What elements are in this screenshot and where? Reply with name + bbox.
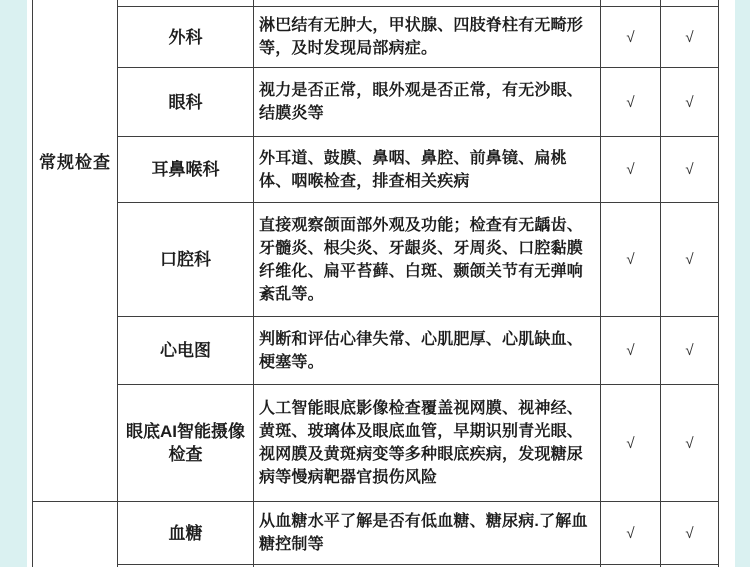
description-cell-ophthalmology: 视力是否正常，眼外观是否正常，有无沙眼、结膜炎等 — [254, 68, 601, 137]
description-cell-dental: 直接观察颌面部外观及功能；检查有无龋齿、牙髓炎、根尖炎、牙龈炎、牙周炎、口腔黏膜… — [254, 203, 601, 317]
checkmark-cell: √ — [661, 502, 719, 565]
description-cell-surgery: 淋巴结有无肿大，甲状腺、四肢脊柱有无畸形等，及时发现局部病症。 — [254, 7, 601, 68]
exam-items-table: 常规检查 外科 淋巴结有无肿大，甲状腺、四肢脊柱有无畸形等，及时发现局部病症。 … — [32, 0, 718, 567]
item-cell-ophthalmology: 眼科 — [118, 68, 254, 137]
category-label: 常规检查 — [39, 148, 111, 173]
checkmark-cell: √ — [661, 68, 719, 137]
partial-top-check-cell-2 — [661, 0, 719, 7]
page-background-strip-right — [735, 0, 750, 567]
checkmark-cell: √ — [661, 317, 719, 385]
description-cell-ecg: 判断和评估心律失常、心肌肥厚、心肌缺血、梗塞等。 — [254, 317, 601, 385]
checkmark-cell: √ — [661, 385, 719, 502]
partial-top-description-cell — [254, 0, 601, 7]
checkmark-cell: √ — [601, 7, 661, 68]
description-cell-ent: 外耳道、鼓膜、鼻咽、鼻腔、前鼻镜、扁桃体、咽喉检查，排查相关疾病 — [254, 137, 601, 203]
item-cell-surgery: 外科 — [118, 7, 254, 68]
item-cell-ai-fundus-camera: 眼底AI智能摄像检查 — [118, 385, 254, 502]
item-cell-ecg: 心电图 — [118, 317, 254, 385]
partial-top-check-cell-1 — [601, 0, 661, 7]
checkmark-cell: √ — [601, 317, 661, 385]
item-cell-ent: 耳鼻喉科 — [118, 137, 254, 203]
checkmark-cell: √ — [661, 137, 719, 203]
item-cell-dental: 口腔科 — [118, 203, 254, 317]
page-background-strip-left — [0, 0, 27, 567]
category-cell-next-group — [33, 502, 118, 567]
checkmark-cell: √ — [601, 137, 661, 203]
checkmark-cell: √ — [601, 203, 661, 317]
page: 常规检查 外科 淋巴结有无肿大，甲状腺、四肢脊柱有无畸形等，及时发现局部病症。 … — [0, 0, 750, 567]
description-cell-ai-fundus-camera: 人工智能眼底影像检查覆盖视网膜、视神经、黄斑、玻璃体及眼底血管，早期识别青光眼、… — [254, 385, 601, 502]
partial-top-item-cell — [118, 0, 254, 7]
checkmark-cell: √ — [601, 502, 661, 565]
description-cell-blood-glucose: 从血糖水平了解是否有低血糖、糖尿病.了解血糖控制等 — [254, 502, 601, 565]
category-cell-routine-exam: 常规检查 — [33, 0, 118, 502]
checkmark-cell: √ — [601, 385, 661, 502]
checkmark-cell: √ — [661, 7, 719, 68]
item-cell-blood-glucose: 血糖 — [118, 502, 254, 565]
checkmark-cell: √ — [661, 203, 719, 317]
checkmark-cell: √ — [601, 68, 661, 137]
